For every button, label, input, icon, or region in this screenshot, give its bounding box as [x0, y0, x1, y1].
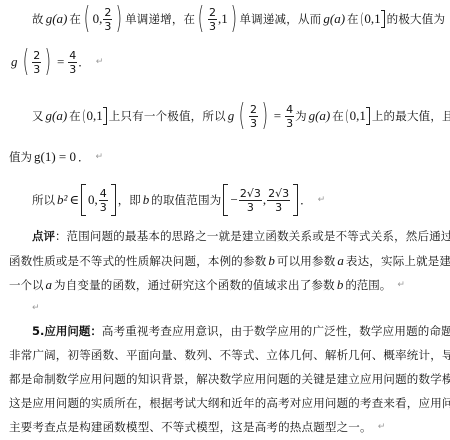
- equals: =: [274, 108, 281, 124]
- left-paren: (: [198, 4, 204, 34]
- text: ．: [300, 192, 312, 208]
- comment-line-2: 函数性质或是不等式的性质解决问题，本例的参数 b 可以用参数 a 表达，实际上就…: [9, 253, 450, 269]
- right-bracket: [381, 10, 385, 28]
- text: 故: [32, 11, 44, 27]
- math-expression: g(1) = 0: [34, 149, 76, 165]
- right-bracket: [103, 107, 107, 125]
- text: 单调递增，在: [125, 11, 195, 27]
- left-paren: (: [359, 11, 363, 27]
- fraction: 2√3 3: [239, 187, 262, 214]
- right-paren: ): [262, 101, 268, 131]
- denominator: 3: [246, 201, 255, 214]
- numerator: 4: [99, 187, 108, 201]
- text: 的取值范围为: [151, 192, 221, 208]
- equals: =: [57, 54, 64, 70]
- math-text: 0,: [93, 11, 103, 27]
- derivation-line-4: 值为 g(1) = 0 ． ↵: [9, 149, 103, 165]
- math-text: 0,1: [87, 108, 103, 124]
- right-paren: ): [45, 47, 51, 77]
- right-bracket: [111, 184, 116, 216]
- text: 主要考查点是构建函数模型、不等式模型，这是高考的热点题型之一。: [9, 419, 372, 435]
- math-text: 0,: [88, 192, 98, 208]
- text: ：: [55, 228, 67, 244]
- math-g: g: [228, 108, 235, 124]
- text: 又: [32, 108, 44, 124]
- right-bracket: [366, 107, 370, 125]
- denominator: 3: [274, 201, 283, 214]
- text: 所以: [32, 192, 55, 208]
- fraction: 4 3: [285, 103, 294, 130]
- fraction: 4 3: [99, 187, 108, 214]
- derivation-line-3: 又 g(a) 在 ( 0,1 上只有一个极值，所以 g ( 2 3 ) = 4 …: [32, 98, 450, 134]
- left-paren: (: [239, 101, 245, 131]
- paragraph-mark-icon: ↵: [32, 303, 40, 313]
- application-line-2: 非常广阔，初等函数、平面向量、数列、不等式、立体几何、解析几何、概率统计，导数等: [9, 347, 450, 363]
- math-g-a: g(a): [46, 11, 68, 27]
- paragraph-mark-icon: ↵: [96, 149, 104, 165]
- text: 这是应用问题的实质所在，根据考试大纲和近年的高考对应用问题的考查来看，应用问题的: [9, 395, 450, 411]
- text: 上的最大值，且最小: [372, 108, 450, 124]
- fraction: 2 3: [103, 6, 112, 33]
- comment-line-1: 点评 ： 范围问题的最基本的思路之一就是建立函数关系或是不等式关系，然后通过研究: [32, 228, 450, 244]
- denominator: 3: [208, 20, 217, 33]
- section-label: 5.应用问题: [32, 323, 90, 339]
- text: 的极大值为: [387, 11, 446, 27]
- fraction: 2 3: [32, 49, 41, 76]
- denominator: 3: [68, 63, 77, 76]
- left-bracket: [223, 184, 228, 216]
- denominator: 3: [249, 117, 258, 130]
- text: ．: [78, 54, 90, 70]
- math-b: b: [337, 277, 344, 293]
- math-a: a: [46, 277, 53, 293]
- text: 范围问题的最基本的思路之一就是建立函数关系或是不等式关系，然后通过研究: [67, 228, 450, 244]
- left-paren: (: [345, 108, 349, 124]
- application-line-3: 都是命制数学应用问题的知识背景，解决数学应用问题的关键是建立应用问题的数学模型，: [9, 371, 450, 387]
- comma: ,: [263, 192, 266, 208]
- math-text: 0,1: [364, 11, 380, 27]
- derivation-line-5: 所以 b² ∈ 0, 4 3 ，即 b 的取值范围为 − 2√3 3 , 2√3…: [32, 180, 325, 220]
- fraction: 2√3 3: [267, 187, 290, 214]
- numerator: 4: [68, 49, 77, 63]
- right-bracket: [293, 184, 298, 216]
- text: 表达，实际上就是建立了: [346, 253, 450, 269]
- denominator: 3: [32, 63, 41, 76]
- math-text: ,1: [218, 11, 228, 27]
- numerator: 4: [285, 103, 294, 117]
- text: ．: [78, 149, 90, 165]
- math-g-a: g(a): [323, 11, 345, 27]
- text: 单调递减，从而: [239, 11, 321, 27]
- text: 值为: [9, 149, 32, 165]
- comment-label: 点评: [32, 228, 55, 244]
- minus-sign: −: [230, 192, 237, 208]
- numerator: 2: [103, 6, 112, 20]
- denominator: 3: [103, 20, 112, 33]
- text: 为: [295, 108, 307, 124]
- fraction: 4 3: [68, 49, 77, 76]
- numerator: 2√3: [267, 187, 290, 201]
- application-line-4: 这是应用问题的实质所在，根据考试大纲和近年的高考对应用问题的考查来看，应用问题的: [9, 395, 450, 411]
- numerator: 2: [208, 6, 217, 20]
- left-paren: (: [84, 4, 90, 34]
- text: 函数性质或是不等式的性质解决问题，本例的参数: [9, 253, 266, 269]
- right-paren: ): [116, 4, 122, 34]
- application-line-1: 5.应用问题 ： 高考重视考查应用意识，由于数学应用的广泛性，数学应用题的命题背…: [32, 323, 450, 339]
- element-of-symbol: ∈: [69, 192, 79, 208]
- left-paren: (: [82, 108, 86, 124]
- numerator: 2: [249, 103, 258, 117]
- paragraph-mark-icon: ↵: [96, 54, 104, 70]
- math-g-a: g(a): [46, 108, 68, 124]
- math-a: a: [337, 253, 344, 269]
- text: 为自变量的函数，通过研究这个函数的值域求出了参数: [54, 277, 335, 293]
- text: 一个以: [9, 277, 44, 293]
- text: 在: [69, 11, 81, 27]
- left-paren: (: [22, 47, 28, 77]
- comment-line-3: 一个以 a 为自变量的函数，通过研究这个函数的值域求出了参数 b 的范围。 ↵: [9, 277, 405, 293]
- numerator: 2: [32, 49, 41, 63]
- numerator: 2√3: [239, 187, 262, 201]
- text: ，即: [118, 192, 141, 208]
- math-text: 0,1: [350, 108, 366, 124]
- math-b: b: [143, 192, 150, 208]
- paragraph-mark-icon: ↵: [318, 192, 326, 208]
- text: 的范围。: [345, 277, 391, 293]
- math-b-squared: b²: [57, 192, 67, 208]
- fraction: 2 3: [249, 103, 258, 130]
- text: ：: [90, 323, 102, 339]
- text: 在: [69, 108, 81, 124]
- paragraph-mark-icon: ↵: [378, 419, 386, 435]
- left-bracket: [81, 184, 86, 216]
- denominator: 3: [285, 117, 294, 130]
- right-paren: ): [230, 4, 236, 34]
- derivation-line-1: 故 g(a) 在 ( 0, 2 3 ) 单调递增，在 ( 2 3 ,1 ) 单调…: [32, 2, 445, 36]
- fraction: 2 3: [208, 6, 217, 33]
- text: 非常广阔，初等函数、平面向量、数列、不等式、立体几何、解析几何、概率统计，导数等: [9, 347, 450, 363]
- math-g-a: g(a): [309, 108, 331, 124]
- text: 可以用参数: [277, 253, 336, 269]
- text: 在: [347, 11, 359, 27]
- text: 都是命制数学应用问题的知识背景，解决数学应用问题的关键是建立应用问题的数学模型，: [9, 371, 450, 387]
- denominator: 3: [99, 201, 108, 214]
- math-b: b: [268, 253, 275, 269]
- paragraph-mark-icon: ↵: [397, 277, 405, 293]
- derivation-line-2: g ( 2 3 ) = 4 3 ． ↵: [9, 44, 103, 80]
- math-g: g: [11, 54, 18, 70]
- text: 在: [332, 108, 344, 124]
- text: 高考重视考查应用意识，由于数学应用的广泛性，数学应用题的命题背景: [102, 323, 450, 339]
- text: 上只有一个极值，所以: [109, 108, 226, 124]
- application-line-5: 主要考查点是构建函数模型、不等式模型，这是高考的热点题型之一。 ↵: [9, 419, 385, 435]
